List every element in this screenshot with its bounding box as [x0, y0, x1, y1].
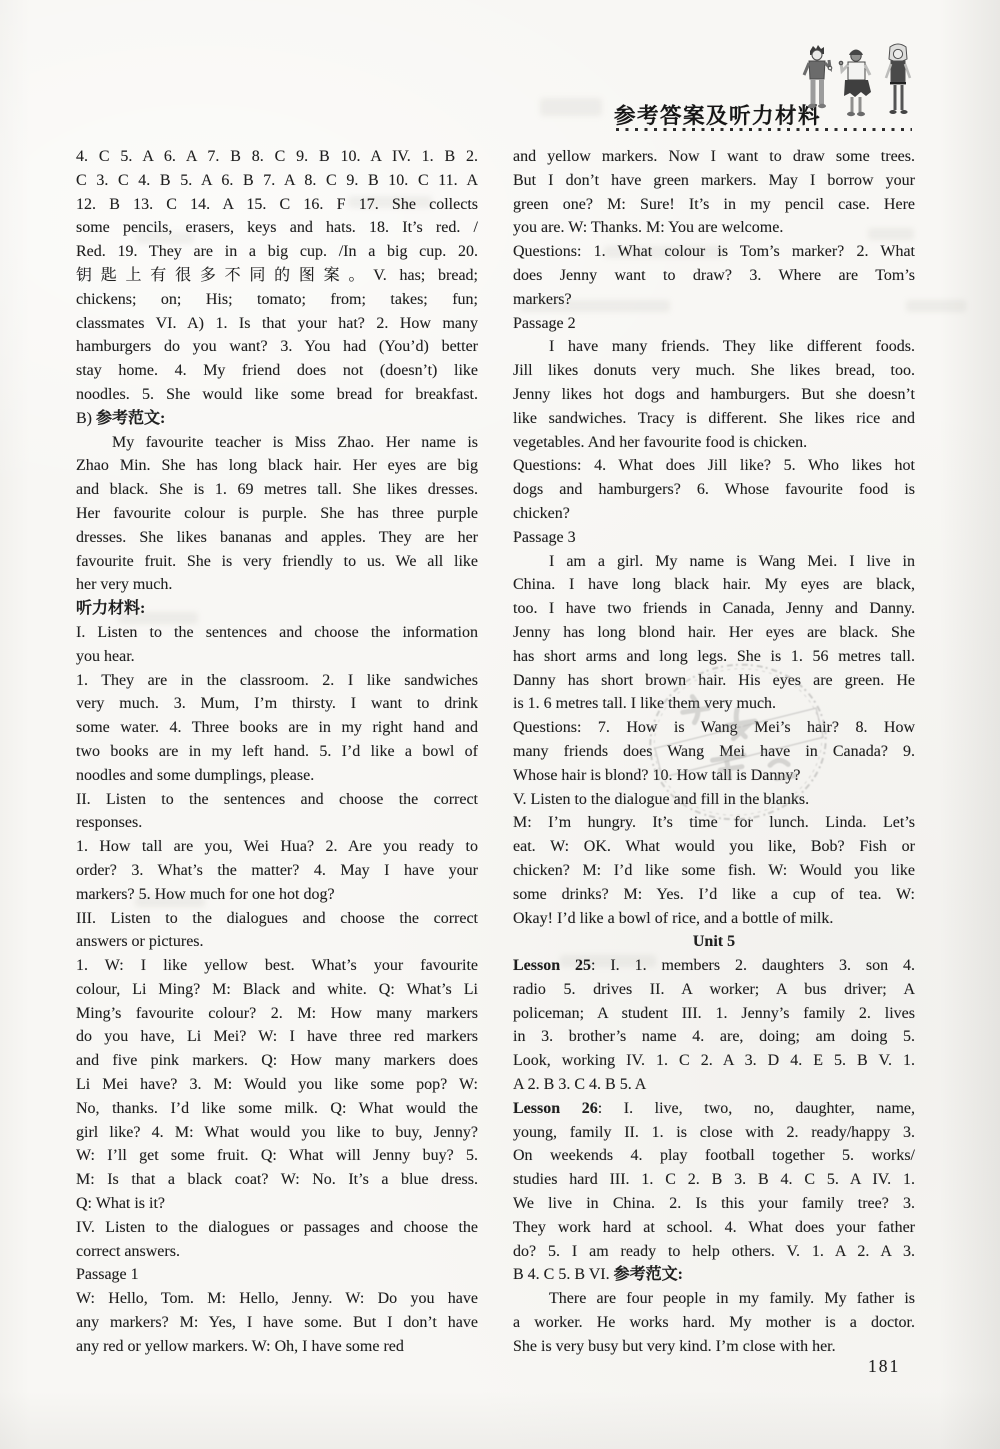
text-line: Jill likes donuts very much. She likes b…	[513, 359, 915, 383]
text-line: No, thanks. I’d like some milk. Q: What …	[76, 1097, 478, 1121]
text-line: dogs and hamburgers? 6. Whose favourite …	[513, 478, 915, 502]
text-line: any red or yellow markers. W: Oh, I have…	[76, 1335, 478, 1359]
text-line: A 2. B 3. C 4. B 5. A	[513, 1073, 915, 1097]
text-line: Jenny likes hot dogs and hamburgers. But…	[513, 383, 915, 407]
text-line: B) 参考范文:	[76, 407, 478, 431]
text-line: III. Listen to the dialogues and choose …	[76, 907, 478, 931]
left-column: 4. C 5. A 6. A 7. B 8. C 9. B 10. A IV. …	[76, 145, 478, 1359]
text-line: Jenny has long blond hair. Her eyes are …	[513, 621, 915, 645]
text-line: some pencils, erasers, keys and hats. 18…	[76, 216, 478, 240]
text-line: C 3. C 4. B 5. A 6. B 7. A 8. C 9. B 10.…	[76, 169, 478, 193]
text-line: do you have, Li Mei? W: I have three red…	[76, 1025, 478, 1049]
girl-middle-figure	[839, 50, 871, 117]
text-line: and yellow markers. Now I want to draw s…	[513, 145, 915, 169]
text-line: and black. She is 1. 69 metres tall. She…	[76, 478, 478, 502]
text-line: some water. 4. Three books are in my rig…	[76, 716, 478, 740]
text-line: My favourite teacher is Miss Zhao. Her n…	[76, 431, 478, 455]
text-line: M: Is that a black coat? W: No. It’s a b…	[76, 1168, 478, 1192]
text-line: 1. W: I like yellow best. What’s your fa…	[76, 954, 478, 978]
text-line: Li Mei have? 3. M: Would you like some p…	[76, 1073, 478, 1097]
text-line: correct answers.	[76, 1240, 478, 1264]
text-line: Her favourite colour is purple. She has …	[76, 502, 478, 526]
text-line: does Jenny want to draw? 3. Where are To…	[513, 264, 915, 288]
text-line: I am a girl. My name is Wang Mei. I live…	[513, 550, 915, 574]
dotted-rule	[616, 128, 912, 131]
text-line: 12. B 13. C 14. A 15. C 16. F 17. She co…	[76, 193, 478, 217]
text-line: I. Listen to the sentences and choose th…	[76, 621, 478, 645]
stamp-watermark	[638, 652, 848, 837]
text-line: markers?	[513, 288, 915, 312]
text-line: hamburgers do you want? 3. You had (You’…	[76, 335, 478, 359]
text-line: too. I have two friends in Canada, Jenny…	[513, 597, 915, 621]
text-line: a worker. He works hard. My mother is a …	[513, 1311, 915, 1335]
text-line: two books are in my left hand. 5. I’d li…	[76, 740, 478, 764]
text-line: I have many friends. They like different…	[513, 335, 915, 359]
text-line: green one? M: Sure! It’s in my pencil ca…	[513, 193, 915, 217]
scanned-book-page: 参考答案及听力材料	[0, 0, 1000, 1449]
text-line: Lesson 26: I. live, two, no, daughter, n…	[513, 1097, 915, 1121]
text-line: Passage 3	[513, 526, 915, 550]
text-line: 钥匙上有很多不同的图案。V. has; bread;	[76, 264, 478, 288]
text-line: But I don’t have green markers. May I bo…	[513, 169, 915, 193]
text-line: Q: What is it?	[76, 1192, 478, 1216]
text-line: Unit 5	[513, 930, 915, 954]
text-line: noodles. 5. She would like some bread fo…	[76, 383, 478, 407]
text-line: Passage 1	[76, 1263, 478, 1287]
text-line: Look, working IV. 1. C 2. A 3. D 4. E 5.…	[513, 1049, 915, 1073]
text-line: W: Hello, Tom. M: Hello, Jenny. W: Do yo…	[76, 1287, 478, 1311]
text-line: like sandwiches. Tracy is different. She…	[513, 407, 915, 431]
girl-right-figure	[886, 44, 910, 114]
text-line: 4. C 5. A 6. A 7. B 8. C 9. B 10. A IV. …	[76, 145, 478, 169]
text-line: favourite fruit. She is very friendly to…	[76, 550, 478, 574]
text-line: There are four people in my family. My f…	[513, 1287, 915, 1311]
text-line: Lesson 25: I. 1. members 2. daughters 3.…	[513, 954, 915, 978]
text-line: markers? 5. How much for one hot dog?	[76, 883, 478, 907]
text-line: Passage 2	[513, 312, 915, 336]
text-line: order? 3. What’s the matter? 4. May I ha…	[76, 859, 478, 883]
text-line: stay home. 4. My friend does not (doesn’…	[76, 359, 478, 383]
text-line: vegetables. And her favourite food is ch…	[513, 431, 915, 455]
text-line: you hear.	[76, 645, 478, 669]
text-line: On weekends 4. play football together 5.…	[513, 1144, 915, 1168]
text-line: 1. How tall are you, Wei Hua? 2. Are you…	[76, 835, 478, 859]
text-line: any markers? M: Yes, I have some. But I …	[76, 1311, 478, 1335]
text-line: Questions: 1. What colour is Tom’s marke…	[513, 240, 915, 264]
text-line: responses.	[76, 811, 478, 835]
text-line: Questions: 4. What does Jill like? 5. Wh…	[513, 454, 915, 478]
text-line: Red. 19. They are in a big cup. /In a bi…	[76, 240, 478, 264]
text-line: you are. W: Thanks. M: You are welcome.	[513, 216, 915, 240]
text-line: She is very busy but very kind. I’m clos…	[513, 1335, 915, 1359]
text-line: colour, Li Ming? M: Black and white. Q: …	[76, 978, 478, 1002]
text-line: II. Listen to the sentences and choose t…	[76, 788, 478, 812]
text-line: They work hard at school. 4. What does y…	[513, 1216, 915, 1240]
text-line: policeman; A student III. 1. Jenny’s fam…	[513, 1002, 915, 1026]
text-line: B 4. C 5. B VI. 参考范文:	[513, 1263, 915, 1287]
text-line: very much. 3. Mum, I’m thirsty. I want t…	[76, 692, 478, 716]
page-title: 参考答案及听力材料	[614, 99, 821, 130]
text-line: We live in China. 2. Is this your family…	[513, 1192, 915, 1216]
text-line: her very much.	[76, 573, 478, 597]
text-line: in 3. brother’s name 4. are, doing; am d…	[513, 1025, 915, 1049]
text-line: do? 5. I am ready to help others. V. 1. …	[513, 1240, 915, 1264]
text-line: answers or pictures.	[76, 930, 478, 954]
bleed-through-smudge	[540, 98, 602, 116]
text-line: IV. Listen to the dialogues or passages …	[76, 1216, 478, 1240]
text-line: chicken?	[513, 502, 915, 526]
text-line: some drinks? M: Yes. I’d like a cup of t…	[513, 883, 915, 907]
text-line: studies hard III. 1. C 2. B 3. B 4. C 5.…	[513, 1168, 915, 1192]
text-line: Okay! I’d like a bowl of rice, and a bot…	[513, 907, 915, 931]
text-line: chicken? M: I’d like some fish. W: Would…	[513, 859, 915, 883]
boy-figure	[804, 45, 832, 108]
text-line: 听力材料:	[76, 597, 478, 621]
text-line: young, family II. 1. is close with 2. re…	[513, 1121, 915, 1145]
text-line: eat. W: OK. What would you like, Bob? Fi…	[513, 835, 915, 859]
text-line: and five pink markers. Q: How many marke…	[76, 1049, 478, 1073]
page-number: 181	[868, 1356, 900, 1377]
cartoon-children-illustration	[796, 42, 924, 128]
text-line: noodles and some dumplings, please.	[76, 764, 478, 788]
text-line: dresses. She likes bananas and apples. T…	[76, 526, 478, 550]
text-line: W: I’ll get some fruit. Q: What will Jen…	[76, 1144, 478, 1168]
text-line: 1. They are in the classroom. 2. I like …	[76, 669, 478, 693]
bleed-through-smudge	[906, 300, 966, 312]
text-line: radio 5. drives II. A worker; A bus driv…	[513, 978, 915, 1002]
text-line: China. I have long black hair. My eyes a…	[513, 573, 915, 597]
text-line: chickens; on; His; tomato; from; takes; …	[76, 288, 478, 312]
text-line: classmates VI. A) 1. Is that your hat? 2…	[76, 312, 478, 336]
text-line: Ming’s favourite colour? 2. M: How many …	[76, 1002, 478, 1026]
text-line: girl like? 4. M: What would you like to …	[76, 1121, 478, 1145]
text-line: Zhao Min. She has long black hair. Her e…	[76, 454, 478, 478]
